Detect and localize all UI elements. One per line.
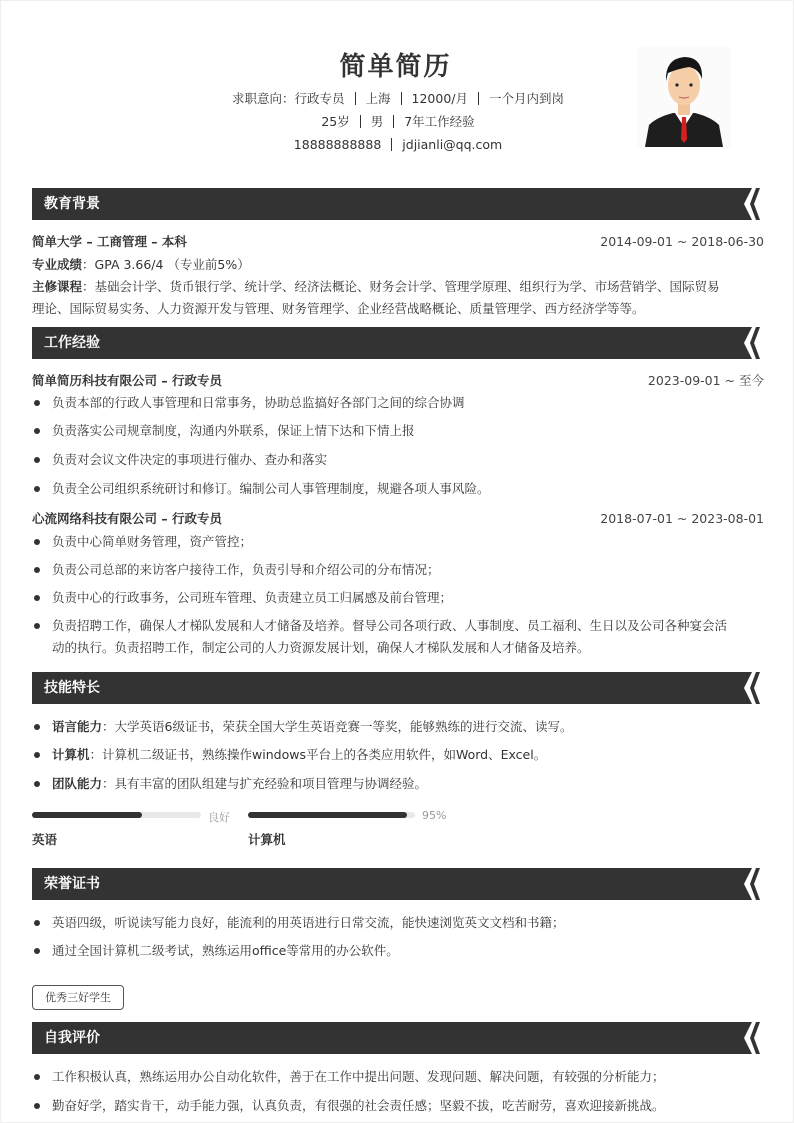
skill-item: 语言能力：大学英语6级证书，荣获全国大学生英语竞赛一等奖，能够熟练的进行交流、读… [32,716,764,738]
job-entry: 简单简历科技有限公司 – 行政专员 2023-09-01 ~ 至今 [32,370,764,392]
courses-text: ：基础会计学、货币银行学、统计学、经济法概论、财务会计学、管理学原理、组织行为学… [82,279,720,294]
self-eval-item: 工作积极认真，熟练运用办公自动化软件，善于在工作中提出问题、发现问题、解决问题，… [32,1066,764,1088]
gpa-row: 专业成绩：GPA 3.66/4 （专业前5%） [32,254,764,276]
section-header-honors: 荣誉证书 [32,868,764,900]
job-title: 心流网络科技有限公司 – 行政专员 [32,511,222,526]
double-chevron-icon [742,672,764,704]
skill-bar-computer [248,812,415,818]
section-header-work: 工作经验 [32,327,764,359]
skill-bar-english [32,812,201,818]
courses-row-cont: 理论、国际贸易实务、人力资源开发与管理、财务管理学、企业经营战略概论、质量管理学… [32,298,764,320]
double-chevron-icon [742,327,764,359]
section-header-skills: 技能特长 [32,672,764,704]
job-date: 2018-07-01 ~ 2023-08-01 [600,508,764,530]
self-eval-item: 勤奋好学，踏实肯干，动手能力强，认真负责，有很强的社会责任感；坚毅不拔，吃苦耐劳… [32,1095,764,1117]
divider [478,92,479,105]
skill-name: 英语 [32,830,57,848]
section-header-education: 教育背景 [32,188,764,220]
location: 上海 [366,91,391,106]
job-duty: 负责招聘工作，确保人才梯队发展和人才储备及培养。督导公司各项行政、人事制度、员工… [32,615,764,637]
divider [391,138,392,151]
double-chevron-icon [742,188,764,220]
skill-text: ：具有丰富的团队组建与扩充经验和项目管理与协调经验。 [102,776,427,791]
skill-label: 团队能力 [52,776,102,791]
skill-bar-fill [248,812,407,818]
email: jdjianli@qq.com [402,137,502,152]
avatar-photo [637,47,731,147]
skill-item: 计算机：计算机二级证书，熟练操作windows平台上的各类应用软件，如Word、… [32,744,764,766]
skill-label: 语言能力 [52,719,102,734]
skill-bar-fill [32,812,142,818]
honor-item: 通过全国计算机二级考试，熟练运用office等常用的办公软件。 [32,940,764,962]
section-title: 技能特长 [44,680,100,696]
job-entry: 心流网络科技有限公司 – 行政专员 2018-07-01 ~ 2023-08-0… [32,508,764,530]
double-chevron-icon [742,1022,764,1054]
education-entry: 简单大学 – 工商管理 – 本科 2014-09-01 ~ 2018-06-30 [32,231,764,253]
courses-row: 主修课程：基础会计学、货币银行学、统计学、经济法概论、财务会计学、管理学原理、组… [32,276,764,298]
job-duty: 负责全公司组织系统研讨和修订。编制公司人事管理制度，规避各项人事风险。 [32,478,764,500]
job-duty: 负责对会议文件决定的事项进行催办、查办和落实 [32,449,764,471]
courses-text-cont: 理论、国际贸易实务、人力资源开发与管理、财务管理学、企业经营战略概论、质量管理学… [32,301,645,316]
job-duty-cont: 动的执行。负责招聘工作，制定公司的人力资源发展计划，确保人才梯队发展和人才储备及… [32,637,764,659]
section-title: 教育背景 [44,196,100,212]
job-intent: 求职意向：行政专员 [232,91,345,106]
divider [355,92,356,105]
experience-years: 7年工作经验 [404,114,474,129]
skill-level: 良好 [208,809,230,825]
courses-label: 主修课程 [32,279,82,294]
skill-name: 计算机 [248,830,286,848]
job-title: 简单简历科技有限公司 – 行政专员 [32,373,222,388]
job-duty: 负责公司总部的来访客户接待工作，负责引导和介绍公司的分布情况； [32,559,764,581]
gpa-label: 专业成绩 [32,257,82,272]
job-date: 2023-09-01 ~ 至今 [648,370,764,392]
section-title: 自我评价 [44,1030,100,1046]
section-header-self-evaluation: 自我评价 [32,1022,764,1054]
honor-tag: 优秀三好学生 [32,985,124,1010]
divider [393,115,394,128]
age: 25岁 [321,114,349,129]
gender: 男 [371,114,384,129]
skill-text: ：计算机二级证书，熟练操作windows平台上的各类应用软件，如Word、Exc… [90,747,547,762]
section-title: 工作经验 [44,335,100,351]
skill-level: 95% [422,809,446,822]
salary: 12000/月 [412,91,468,106]
education-date: 2014-09-01 ~ 2018-06-30 [600,231,764,253]
resume-page: 简单简历 求职意向：行政专员上海12000/月一个月内到岗 25岁男7年工作经验… [0,0,794,1123]
job-duty: 负责落实公司规章制度，沟通内外联系，保证上情下达和下情上报 [32,420,764,442]
skill-label: 计算机 [52,747,90,762]
school-major-degree: 简单大学 – 工商管理 – 本科 [32,234,187,249]
gpa-value: ：GPA 3.66/4 （专业前5%） [82,257,250,272]
honor-item: 英语四级，听说读写能力良好，能流利的用英语进行日常交流，能快速浏览英文文档和书籍… [32,912,764,934]
job-duty: 负责中心的行政事务，公司班车管理、负责建立员工归属感及前台管理； [32,587,764,609]
section-title: 荣誉证书 [44,876,100,892]
skill-text: ：大学英语6级证书，荣获全国大学生英语竞赛一等奖，能够熟练的进行交流、读写。 [102,719,572,734]
divider [360,115,361,128]
phone: 18888888888 [294,137,381,152]
job-duty: 负责本部的行政人事管理和日常事务，协助总监搞好各部门之间的综合协调 [32,392,764,414]
divider [401,92,402,105]
job-duty: 负责中心简单财务管理，资产管控； [32,531,764,553]
skill-item: 团队能力：具有丰富的团队组建与扩充经验和项目管理与协调经验。 [32,773,764,795]
double-chevron-icon [742,868,764,900]
availability: 一个月内到岗 [489,91,564,106]
